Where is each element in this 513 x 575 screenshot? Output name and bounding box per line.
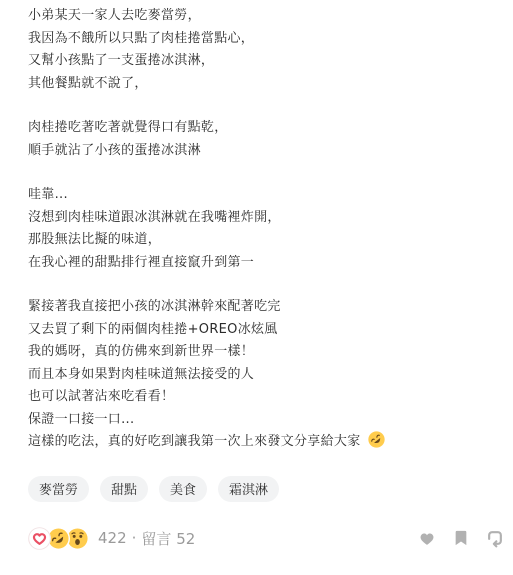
post-line: 順手就沾了小孩的蛋捲冰淇淋 [28, 140, 505, 163]
reaction-summary[interactable]: 422 · 留言 52 [28, 527, 195, 550]
post-line: 沒想到肉桂味道跟冰淇淋就在我嘴裡炸開， [28, 207, 505, 230]
post-body: 小弟某天一家人去吃麥當勞，我因為不餓所以只點了肉桂捲當點心，又幫小孩點了一支蛋捲… [28, 5, 505, 454]
tag-pill[interactable]: 麥當勞 [28, 476, 89, 502]
post-line: 我的媽呀，真的仿佛來到新世界一樣！ [28, 341, 505, 364]
tag-pill[interactable]: 霜淇淋 [218, 476, 279, 502]
share-button[interactable] [485, 528, 505, 548]
post-line: 這樣的吃法，真的好吃到讓我第一次上來發文分享給大家 [28, 431, 505, 454]
post-footer: 422 · 留言 52 [28, 527, 505, 550]
post-line: 又幫小孩點了一支蛋捲冰淇淋， [28, 50, 505, 73]
reaction-icon-stack [28, 527, 89, 550]
comment-count: 留言 52 [141, 528, 195, 549]
post-line: 又去買了剩下的兩個肉桂捲+OREO冰炫風 [28, 319, 505, 342]
post-line: 保證一口接一口... [28, 409, 505, 432]
action-bar [417, 528, 505, 548]
bookmark-icon [451, 528, 471, 548]
post-line: 其他餐點就不說了， [28, 73, 505, 96]
post-line: 哇靠... [28, 184, 505, 207]
post-line: 小弟某天一家人去吃麥當勞， [28, 5, 505, 28]
heart-reaction-icon [28, 527, 51, 550]
post-paragraph: 小弟某天一家人去吃麥當勞，我因為不餓所以只點了肉桂捲當點心，又幫小孩點了一支蛋捲… [28, 5, 505, 95]
rofl-emoji [368, 431, 385, 448]
bookmark-button[interactable] [451, 528, 471, 548]
post-line: 肉桂捲吃著吃著就覺得口有點乾， [28, 117, 505, 140]
post-line: 也可以試著沾來吃看看！ [28, 386, 505, 409]
post-paragraph: 肉桂捲吃著吃著就覺得口有點乾，順手就沾了小孩的蛋捲冰淇淋 [28, 117, 505, 162]
like-button[interactable] [417, 528, 437, 548]
post-container: 小弟某天一家人去吃麥當勞，我因為不餓所以只點了肉桂捲當點心，又幫小孩點了一支蛋捲… [0, 0, 513, 550]
reaction-count: 422 [98, 529, 127, 547]
tag-pill[interactable]: 甜點 [100, 476, 148, 502]
stats-separator: · [132, 529, 137, 547]
post-line: 我因為不餓所以只點了肉桂捲當點心， [28, 28, 505, 51]
post-line: 在我心裡的甜點排行裡直接竄升到第一 [28, 252, 505, 275]
post-paragraph: 緊接著我直接把小孩的冰淇淋幹來配著吃完又去買了剩下的兩個肉桂捲+OREO冰炫風我… [28, 296, 505, 454]
post-paragraph: 哇靠...沒想到肉桂味道跟冰淇淋就在我嘴裡炸開，那股無法比擬的味道，在我心裡的甜… [28, 184, 505, 274]
post-stats: 422 · 留言 52 [98, 528, 195, 549]
tag-list: 麥當勞甜點美食霜淇淋 [28, 476, 505, 502]
share-icon [485, 528, 505, 548]
post-line: 那股無法比擬的味道， [28, 229, 505, 252]
post-line: 緊接著我直接把小孩的冰淇淋幹來配著吃完 [28, 296, 505, 319]
heart-icon [417, 528, 437, 548]
tag-pill[interactable]: 美食 [159, 476, 207, 502]
post-line: 而且本身如果對肉桂味道無法接受的人 [28, 364, 505, 387]
